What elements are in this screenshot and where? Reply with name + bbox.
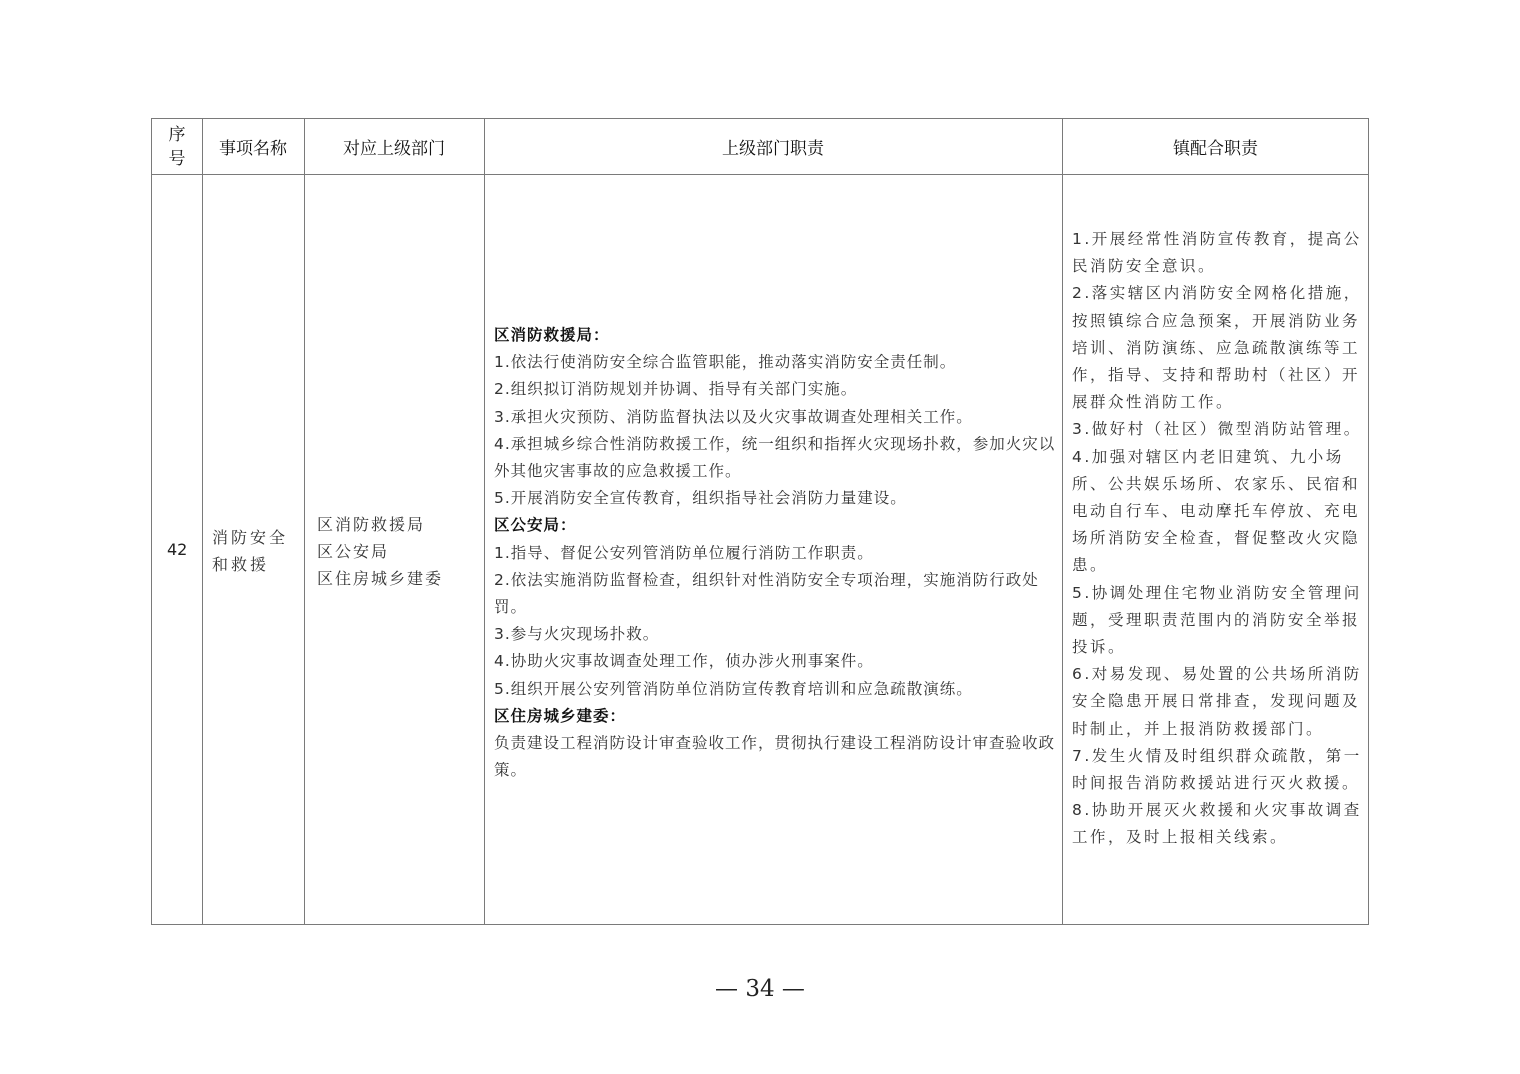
item-name-line: 和救援 bbox=[212, 551, 302, 578]
column-divider bbox=[202, 119, 203, 924]
column-divider bbox=[1062, 119, 1063, 924]
town-duty-item: 5.协调处理住宅物业消防安全管理问题，受理职责范围内的消防安全举报投诉。 bbox=[1072, 580, 1364, 662]
duty-item: 3.参与火灾现场扑救。 bbox=[494, 621, 1059, 648]
item-name-line: 消防安全 bbox=[212, 524, 302, 551]
duty-item: 4.协助火灾事故调查处理工作，侦办涉火刑事案件。 bbox=[494, 648, 1059, 675]
header-superior-dept: 对应上级部门 bbox=[304, 119, 484, 174]
town-duty-item: 1.开展经常性消防宣传教育，提高公民消防安全意识。 bbox=[1072, 226, 1364, 280]
duty-item: 5.开展消防安全宣传教育，组织指导社会消防力量建设。 bbox=[494, 485, 1059, 512]
column-divider bbox=[304, 119, 305, 924]
row-seq: 42 bbox=[167, 540, 187, 559]
town-duty-item: 3.做好村（社区）微型消防站管理。 bbox=[1072, 416, 1364, 443]
section-title-police-bureau: 区公安局： bbox=[494, 512, 1059, 539]
column-divider bbox=[484, 119, 485, 924]
page-number: — 34 — bbox=[0, 976, 1520, 1002]
duty-item: 1.依法行使消防安全综合监管职能，推动落实消防安全责任制。 bbox=[494, 349, 1059, 376]
duties-table: 序 号 事项名称 对应上级部门 上级部门职责 镇配合职责 42 消防安全 和救援… bbox=[151, 118, 1369, 925]
row-superior-duties: 区消防救援局： 1.依法行使消防安全综合监管职能，推动落实消防安全责任制。 2.… bbox=[494, 322, 1059, 784]
town-duty-item: 2.落实辖区内消防安全网格化措施，按照镇综合应急预案，开展消防业务培训、消防演练… bbox=[1072, 280, 1364, 416]
duty-item: 2.依法实施消防监督检查，组织针对性消防安全专项治理，实施消防行政处罚。 bbox=[494, 567, 1059, 621]
town-duty-item: 4.加强对辖区内老旧建筑、九小场所、公共娱乐场所、农家乐、民宿和电动自行车、电动… bbox=[1072, 444, 1364, 580]
duty-item: 2.组织拟订消防规划并协调、指导有关部门实施。 bbox=[494, 376, 1059, 403]
superior-dept: 区消防救援局 bbox=[317, 511, 482, 538]
duty-item: 1.指导、督促公安列管消防单位履行消防工作职责。 bbox=[494, 540, 1059, 567]
town-duty-item: 7.发生火情及时组织群众疏散，第一时间报告消防救援站进行灭火救援。 bbox=[1072, 743, 1364, 797]
duty-item: 5.组织开展公安列管消防单位消防宣传教育培训和应急疏散演练。 bbox=[494, 676, 1059, 703]
header-divider bbox=[152, 174, 1368, 175]
superior-dept: 区公安局 bbox=[317, 538, 482, 565]
row-town-duties: 1.开展经常性消防宣传教育，提高公民消防安全意识。 2.落实辖区内消防安全网格化… bbox=[1072, 226, 1364, 852]
duty-item: 负责建设工程消防设计审查验收工作，贯彻执行建设工程消防设计审查验收政策。 bbox=[494, 730, 1059, 784]
town-duty-item: 6.对易发现、易处置的公共场所消防安全隐患开展日常排查，发现问题及时制止，并上报… bbox=[1072, 661, 1364, 743]
header-seq-line2: 号 bbox=[169, 147, 186, 171]
row-superior-depts: 区消防救援局 区公安局 区住房城乡建委 bbox=[317, 511, 482, 593]
header-superior-duties: 上级部门职责 bbox=[484, 119, 1062, 174]
header-seq-line1: 序 bbox=[169, 123, 186, 147]
header-town-duties: 镇配合职责 bbox=[1062, 119, 1369, 174]
town-duty-item: 8.协助开展灭火救援和火灾事故调查工作，及时上报相关线索。 bbox=[1072, 797, 1364, 851]
header-item-name: 事项名称 bbox=[202, 119, 304, 174]
row-item-name: 消防安全 和救援 bbox=[212, 524, 302, 578]
section-title-housing-committee: 区住房城乡建委： bbox=[494, 703, 1059, 730]
section-title-fire-bureau: 区消防救援局： bbox=[494, 322, 1059, 349]
header-seq: 序 号 bbox=[167, 119, 187, 174]
duty-item: 4.承担城乡综合性消防救援工作，统一组织和指挥火灾现场扑救，参加火灾以外其他灾害… bbox=[494, 431, 1059, 485]
superior-dept: 区住房城乡建委 bbox=[317, 565, 482, 592]
duty-item: 3.承担火灾预防、消防监督执法以及火灾事故调查处理相关工作。 bbox=[494, 404, 1059, 431]
